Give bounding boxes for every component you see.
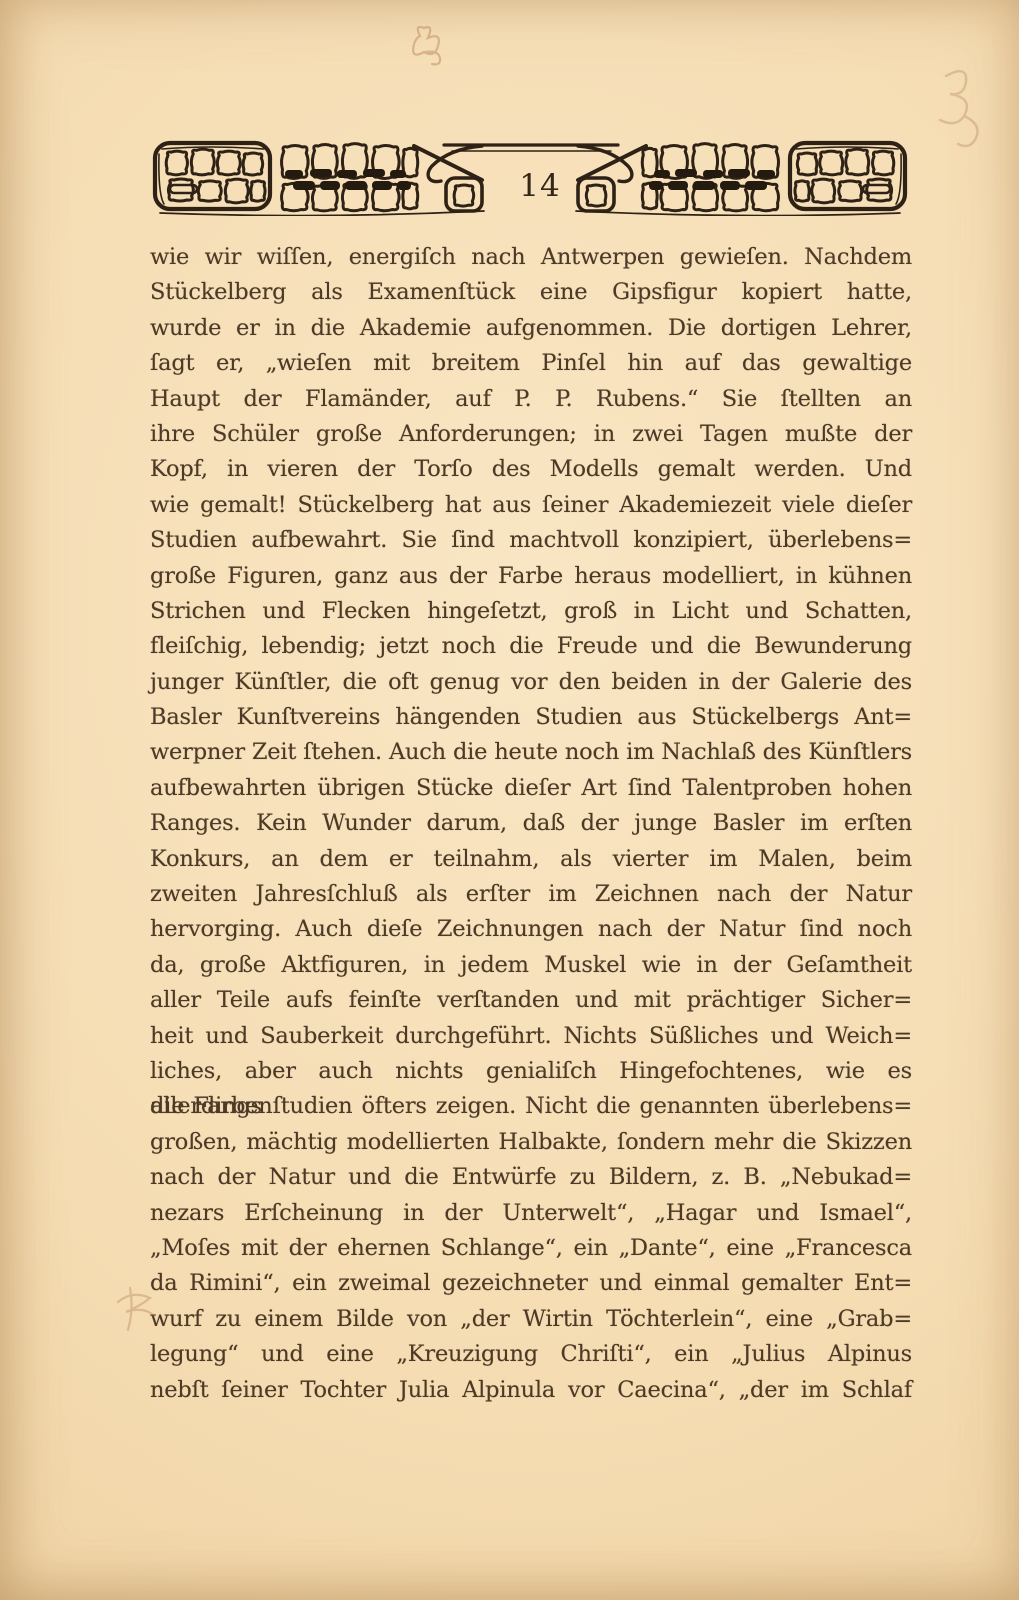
text-line: da Rimini“, ein zweimal gezeichneter und… — [150, 1266, 912, 1301]
text-line: fleiſchig, lebendig; jetzt noch die Freu… — [150, 629, 912, 664]
text-line: die Farbenſtudien öfters zeigen. Nicht d… — [150, 1089, 912, 1124]
text-line: wie gemalt! Stückelberg hat aus ſeiner A… — [150, 488, 912, 523]
text-line: zweiten Jahresſchluß als erſter im Zeich… — [150, 877, 912, 912]
text-line: nezars Erſcheinung in der Unterwelt“, „H… — [150, 1196, 912, 1231]
text-line: große Figuren, ganz aus der Farbe heraus… — [150, 559, 912, 594]
text-line: hervorging. Auch dieſe Zeichnungen nach … — [150, 912, 912, 947]
text-line: Studien aufbewahrt. Sie ſind machtvoll k… — [150, 523, 912, 558]
text-line: nebſt ſeiner Tochter Julia Alpinula vor … — [150, 1373, 912, 1408]
text-line: liches, aber auch nichts genialiſch Hing… — [150, 1054, 912, 1089]
text-line: wurde er in die Akademie aufgenommen. Di… — [150, 311, 912, 346]
text-line: wurf zu einem Bilde von „der Wirtin Töch… — [150, 1302, 912, 1337]
text-line: Basler Kunſtvereins hängenden Studien au… — [150, 700, 912, 735]
pencil-mark-top-center — [398, 22, 458, 80]
text-line: legung“ und eine „Kreuzigung Chriſti“, e… — [150, 1337, 912, 1372]
text-line: Strichen und Flecken hingeſetzt, groß in… — [150, 594, 912, 629]
pencil-mark-left-margin — [110, 1272, 166, 1344]
text-line: „Moſes mit der ehernen Schlange“, ein „D… — [150, 1231, 912, 1266]
text-line: Ranges. Kein Wunder darum, daß der junge… — [150, 806, 912, 841]
book-page-scan: 14 wie wir wiſſen, energiſch nach Antwer… — [0, 0, 1019, 1600]
text-line: ſagt er, „wieſen mit breitem Pinſel hin … — [150, 346, 912, 381]
body-text: wie wir wiſſen, energiſch nach Antwerpen… — [150, 240, 912, 1408]
text-line: ihre Schüler große Anforderungen; in zwe… — [150, 417, 912, 452]
text-line: aufbewahrten übrigen Stücke dieſer Art ſ… — [150, 771, 912, 806]
pencil-mark-top-right — [928, 62, 1008, 172]
text-line: Konkurs, an dem er teilnahm, als vierter… — [150, 842, 912, 877]
text-line: wie wir wiſſen, energiſch nach Antwerpen… — [150, 240, 912, 275]
text-line: Stückelberg als Examenſtück eine Gipsfig… — [150, 275, 912, 310]
text-line: nach der Natur und die Entwürfe zu Bilde… — [150, 1160, 912, 1195]
text-line: junger Künſtler, die oft genug vor den b… — [150, 665, 912, 700]
text-line: werpner Zeit ſtehen. Auch die heute noch… — [150, 735, 912, 770]
page-number: 14 — [505, 166, 575, 206]
text-line: aller Teile aufs feinſte verſtanden und … — [150, 983, 912, 1018]
text-line: heit und Sauberkeit durchgeführt. Nichts… — [150, 1019, 912, 1054]
text-line: da, große Aktfiguren, in jedem Muskel wi… — [150, 948, 912, 983]
text-line: Kopf, in vieren der Torſo des Modells ge… — [150, 452, 912, 487]
text-line: Haupt der Flamänder, auf P. P. Rubens.“ … — [150, 382, 912, 417]
text-line: großen, mächtig modellierten Halbakte, ſ… — [150, 1125, 912, 1160]
